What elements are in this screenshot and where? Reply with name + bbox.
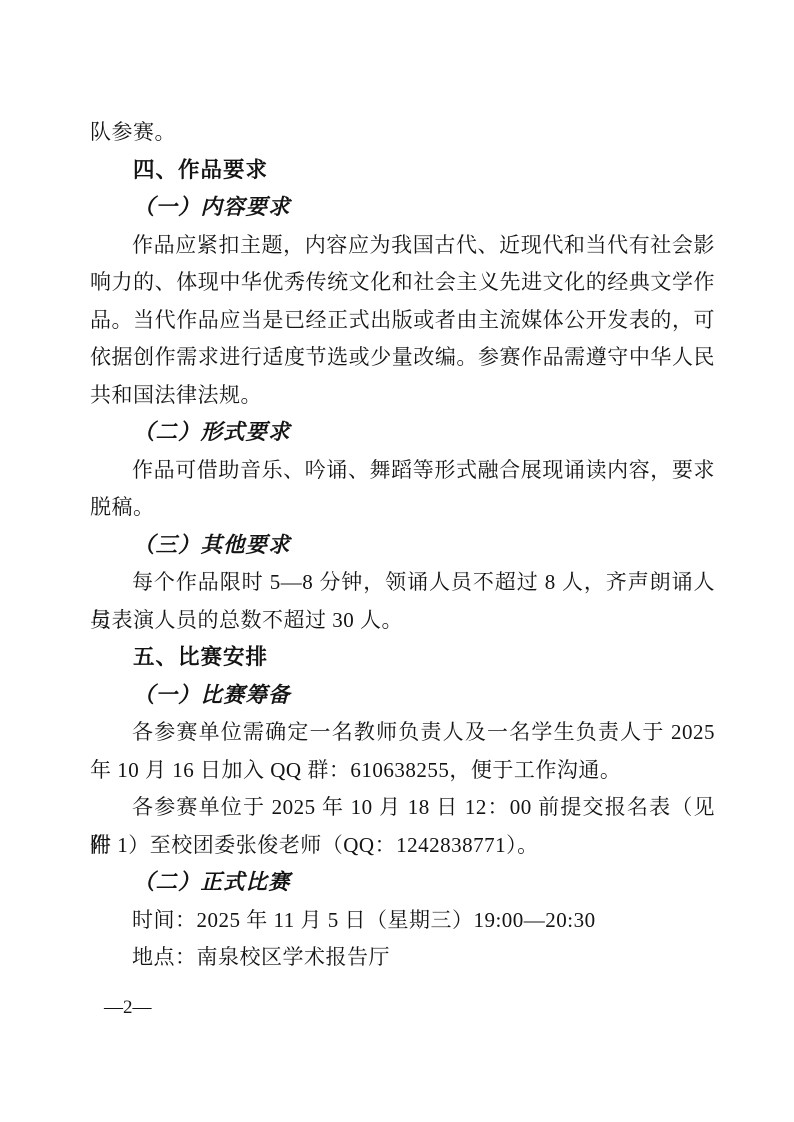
text-line: 地点：南泉校区学术报告厅 bbox=[90, 939, 715, 977]
text-line: 各参赛单位于 2025 年 10 月 18 日 12：00 前提交报名表（见附 bbox=[90, 789, 715, 827]
section-heading: 四、作品要求 bbox=[90, 152, 715, 190]
text-line: 作品应紧扣主题，内容应为我国古代、近现代和当代有社会影 bbox=[90, 227, 715, 265]
text-line: 与表演人员的总数不超过 30 人。 bbox=[90, 602, 715, 640]
text-line: 队参赛。 bbox=[90, 114, 715, 152]
sub-heading: （三）其他要求 bbox=[90, 527, 715, 565]
sub-heading: （一）比赛筹备 bbox=[90, 677, 715, 715]
sub-heading: （二）形式要求 bbox=[90, 414, 715, 452]
text-line: 响力的、体现中华优秀传统文化和社会主义先进文化的经典文学作 bbox=[90, 264, 715, 302]
text-line: 作品可借助音乐、吟诵、舞蹈等形式融合展现诵读内容，要求 bbox=[90, 452, 715, 490]
section-heading: 五、比赛安排 bbox=[90, 639, 715, 677]
document-page: 队参赛。四、作品要求（一）内容要求作品应紧扣主题，内容应为我国古代、近现代和当代… bbox=[0, 0, 794, 1122]
text-line: 各参赛单位需确定一名教师负责人及一名学生负责人于 2025 bbox=[90, 714, 715, 752]
sub-heading: （二）正式比赛 bbox=[90, 864, 715, 902]
text-line: 脱稿。 bbox=[90, 489, 715, 527]
text-line: 时间：2025 年 11 月 5 日（星期三）19:00—20:30 bbox=[90, 902, 715, 940]
page-number: —2— bbox=[104, 989, 152, 1027]
text-line: 品。当代作品应当是已经正式出版或者由主流媒体公开发表的，可 bbox=[90, 302, 715, 340]
text-line: 年 10 月 16 日加入 QQ 群：610638255，便于工作沟通。 bbox=[90, 752, 715, 790]
text-line: 每个作品限时 5—8 分钟，领诵人员不超过 8 人，齐声朗诵人员 bbox=[90, 564, 715, 602]
sub-heading: （一）内容要求 bbox=[90, 189, 715, 227]
text-line: 依据创作需求进行适度节选或少量改编。参赛作品需遵守中华人民 bbox=[90, 339, 715, 377]
text-line: 件 1）至校团委张俊老师（QQ：1242838771）。 bbox=[90, 827, 715, 865]
document-content: 队参赛。四、作品要求（一）内容要求作品应紧扣主题，内容应为我国古代、近现代和当代… bbox=[90, 114, 715, 977]
text-line: 共和国法律法规。 bbox=[90, 377, 715, 415]
